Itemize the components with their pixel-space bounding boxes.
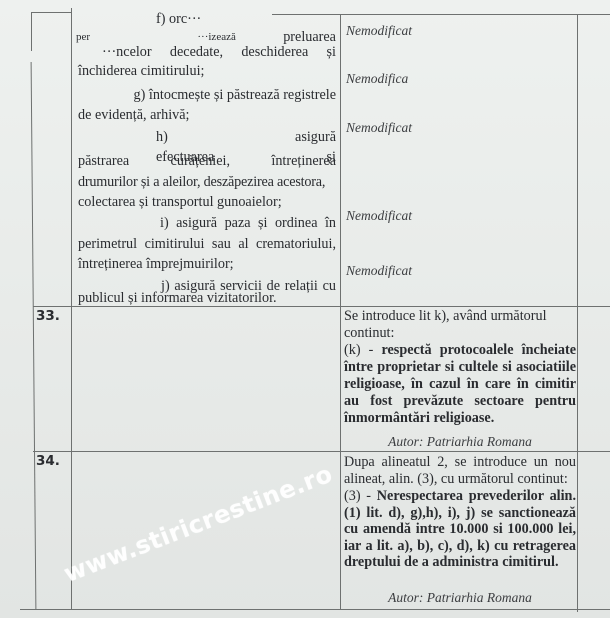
- row-34-author: Autor: Patriarhia Romana: [344, 588, 576, 608]
- item-j-text: publicul și informarea vizitatorilor.: [78, 289, 336, 309]
- row-number-34: 34.: [36, 453, 60, 469]
- table-border-left: [31, 13, 32, 51]
- item-h-text: păstrarea curățeniei, întreținerea: [78, 152, 336, 172]
- status-nemodificat: Nemodificat: [346, 206, 412, 226]
- table-bottom-border: [20, 609, 610, 610]
- table-divider-col3: [577, 14, 578, 612]
- row-number-33: 33.: [36, 308, 60, 324]
- item-i-text: întreținerea împrejmuirilor;: [78, 255, 336, 275]
- status-nemodificat: Nemodificat: [346, 118, 412, 138]
- item-f-text: ···ncelor decedate, deschiderea și: [102, 43, 336, 63]
- item-h-text: drumurilor și a aleilor, deszăpezirea ac…: [78, 173, 340, 193]
- scanned-document-page: f) orc··· per ···izează preluarea ···nce…: [0, 0, 610, 618]
- status-nemodificat: Nemodificat: [346, 261, 412, 281]
- item-f-text: per: [76, 28, 90, 48]
- row-34-intro: Dupa alineatul 2, se introduce un nou al…: [344, 454, 576, 488]
- row-34-amendment: (3) - Nerespectarea prevederilor alin. (…: [344, 488, 576, 571]
- item-h-text: colectarea și transportul gunoaielor;: [78, 193, 336, 213]
- table-top-border: [31, 12, 71, 13]
- table-border-left: [31, 62, 37, 610]
- status-nemodificat: Nemodificat: [346, 21, 412, 41]
- item-g-text: de evidență, arhivă;: [78, 106, 336, 126]
- item-f-text: închiderea cimitirului;: [78, 62, 336, 82]
- item-i-text: i) asigură paza și ordinea în: [160, 214, 336, 234]
- table-divider-col2: [340, 14, 341, 609]
- item-f-line: f) orc···: [78, 10, 336, 30]
- row-33-amendment-prefix: (k) -: [344, 342, 381, 358]
- row-33-amendment: (k) - respectă protocoalele încheiate în…: [344, 342, 576, 427]
- status-nemodificat: Nemodifica: [346, 69, 408, 89]
- item-i-text: perimetrul cimitirului sau al crematoriu…: [78, 235, 336, 255]
- row-33-author: Autor: Patriarhia Romana: [344, 432, 576, 452]
- row-34-amendment-text: Nerespectarea prevederilor alin. (1) lit…: [344, 488, 576, 570]
- table-divider-col1: [71, 8, 72, 610]
- row-34-amendment-prefix: (3) -: [344, 488, 377, 504]
- item-g-text: g) întocmește și păstrează registrele: [78, 86, 336, 106]
- row-33-intro: Se introduce lit k), având următorul con…: [344, 308, 576, 342]
